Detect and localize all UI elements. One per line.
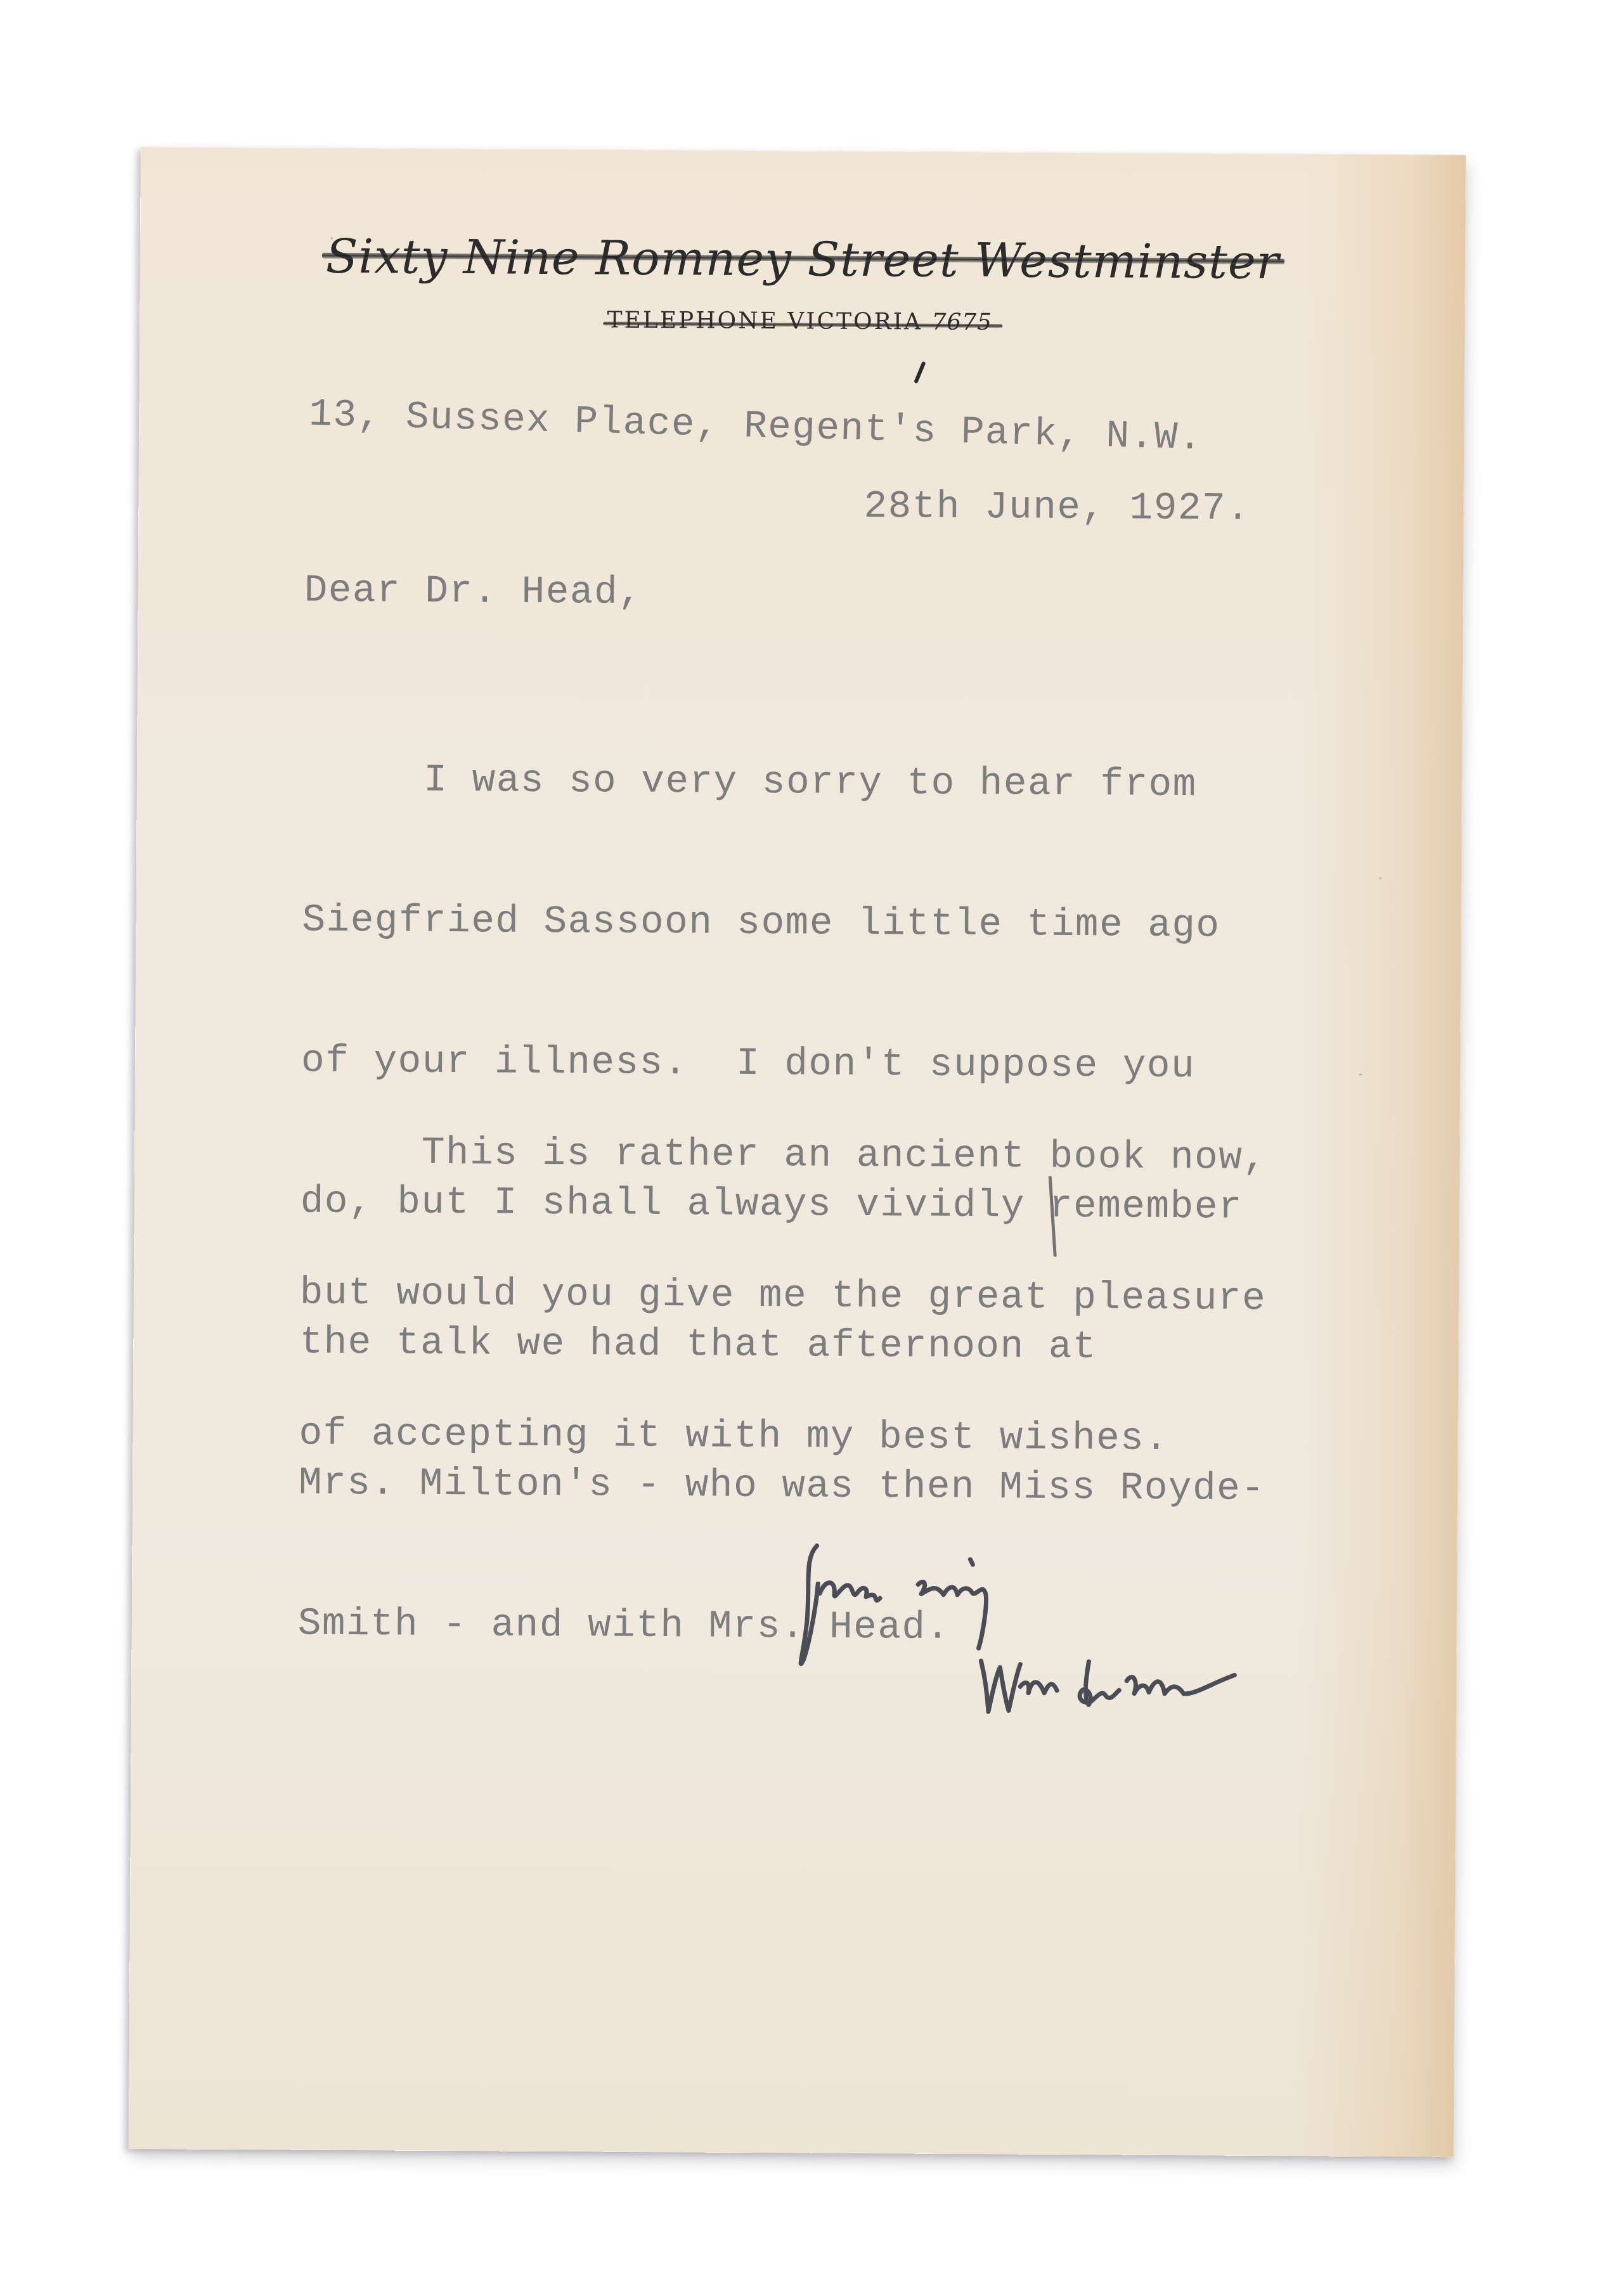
text-line: This is rather an ancient book now, <box>301 1130 1267 1182</box>
sender-address: 13, Sussex Place, Regent's Park, N.W. <box>308 392 1203 463</box>
paragraph-2: This is rather an ancient book now, but … <box>298 1036 1267 1558</box>
salutation: Dear Dr. Head, <box>304 568 642 617</box>
letterhead-telephone: TELEPHONE VICTORIA 7675 <box>139 304 1465 339</box>
paper-speck <box>1379 877 1382 879</box>
handwritten-signature <box>791 1533 1286 1726</box>
telephone-number: 7675 <box>931 309 992 336</box>
letter-date: 28th June, 1927. <box>863 484 1250 533</box>
telephone-label: TELEPHONE VICTORIA <box>607 307 922 335</box>
handwritten-caret-mark <box>914 361 926 384</box>
paper-speck <box>330 237 333 240</box>
letterhead: Sixty Nine Romney Street Westminster <box>140 228 1465 291</box>
text-line: I was so very sorry to hear from <box>303 757 1270 809</box>
paper-speck <box>1359 1074 1362 1076</box>
text-line: of accepting it with my best wishes. <box>299 1411 1265 1464</box>
text-line: Siegfried Sassoon some little time ago <box>302 898 1269 950</box>
text-line: but would you give me the great pleasure <box>300 1270 1267 1323</box>
letter-sheet: Sixty Nine Romney Street Westminster TEL… <box>129 147 1466 2157</box>
